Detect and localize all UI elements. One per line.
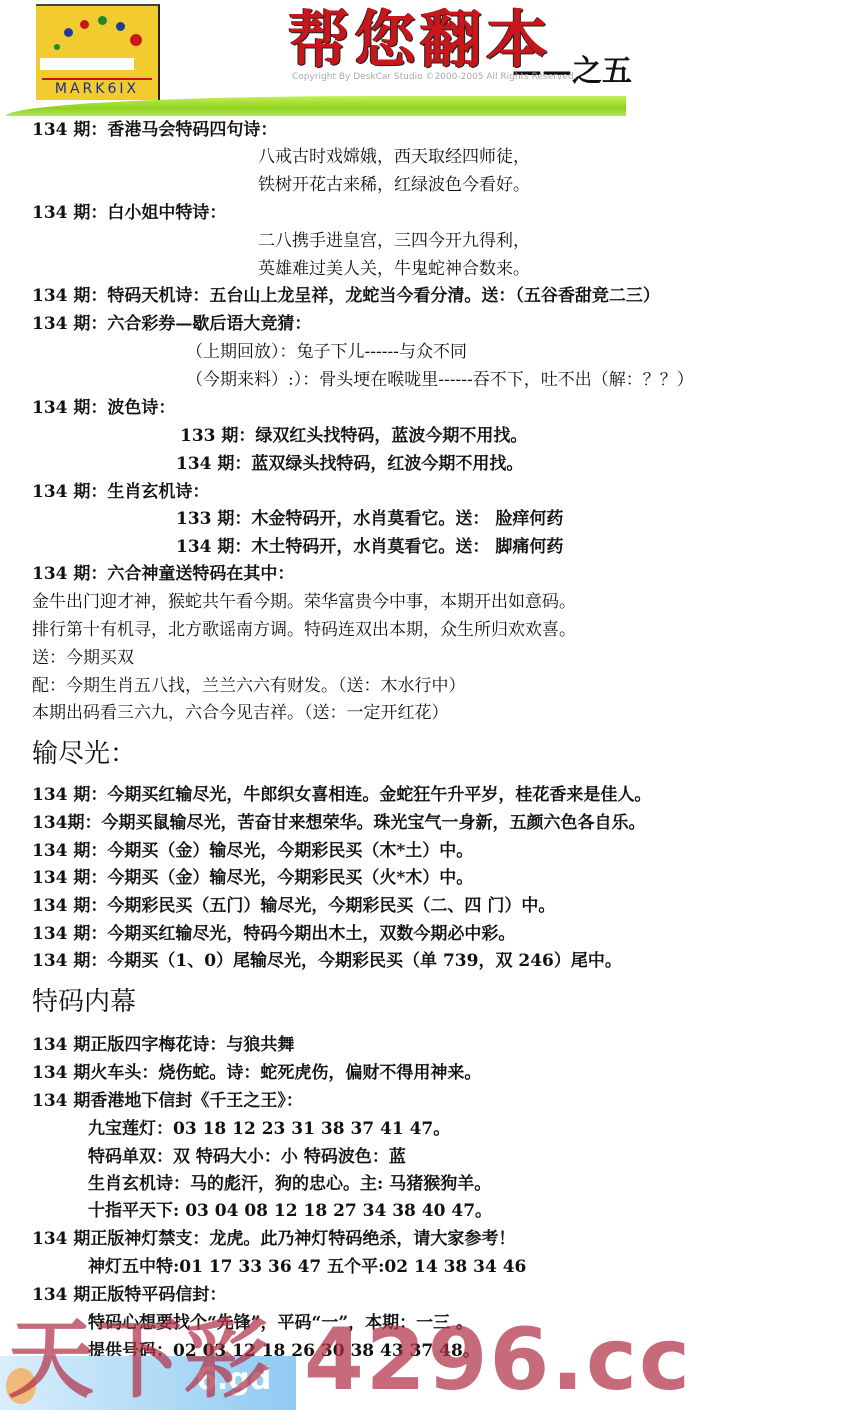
block-heading: 134 期：六合彩券—歇后语大竞猜：	[32, 313, 311, 335]
poem-line: 铁树开花古来稀，红绿波色今看好。	[258, 174, 530, 196]
poem-line: 134 期：蓝双绿头找特码，红波今期不用找。	[176, 453, 523, 475]
poem-line: 配：今期生肖五八找，兰兰六六有财发。（送：木水行中）	[32, 675, 466, 697]
lose-line: 134 期：今期买红输尽光，牛郎织女喜相连。金蛇狂午升平岁，桂花香来是佳人。	[32, 784, 651, 806]
section-title-inside: 特码内幕	[32, 986, 136, 1018]
logo-text: MARK6IX	[42, 78, 152, 97]
logo-dot-icon	[98, 16, 107, 25]
poem-line: 英雄难过美人关，牛鬼蛇神合数来。	[258, 258, 530, 280]
section-title-lose: 输尽光：	[32, 738, 136, 770]
logo-dot-icon	[116, 22, 125, 31]
lose-line: 134 期：今期彩民买（五门）输尽光，今期彩民买（二、四 门）中。	[32, 895, 555, 917]
inside-sub-line: 九宝莲灯：03 18 12 23 31 38 37 41 47。	[88, 1118, 450, 1140]
envelope-heading: 134 期正版特平码信封：	[32, 1284, 226, 1306]
lamp-heading: 134 期正版神灯禁支：龙虎。此乃神灯特码绝杀，请大家参考！	[32, 1228, 515, 1250]
lose-line: 134 期：今期买（金）输尽光，今期彩民买（火*木）中。	[32, 867, 473, 889]
lose-line: 134 期：今期买红输尽光，特码今期出木土，双数今期必中彩。	[32, 923, 515, 945]
page-header: MARK6IX 帮您翻本 ——之五 Copyright By DeskCar S…	[0, 0, 640, 118]
logo-dot-icon	[130, 34, 142, 46]
block-heading: 134 期：白小姐中特诗：	[32, 202, 226, 224]
inside-sub-line: 特码单双：双 特码大小：小 特码波色：蓝	[88, 1146, 406, 1168]
poem-line: 金牛出门迎才神，猴蛇共午看今期。荣华富贵今中事，本期开出如意码。	[32, 591, 576, 613]
block-text: 134 期：特码天机诗：五台山上龙呈祥，龙蛇当今看分清。送：（五谷香甜竞二三）	[32, 285, 660, 307]
logo-dot-icon	[54, 44, 60, 50]
site-watermark: 天下彩 4296.cc	[8, 1312, 692, 1408]
copyright-text: Copyright By DeskCar Studio ©2000-2005 A…	[292, 72, 576, 82]
lose-line: 134期：今期买鼠输尽光，苦奋甘来想荣华。珠光宝气一身新，五颜六色各自乐。	[32, 812, 645, 834]
logo-redaction-bar	[40, 58, 134, 70]
inside-sub-line: 十指平天下: 03 04 08 12 18 27 34 38 40 47。	[88, 1200, 492, 1222]
block-heading: 134 期：波色诗：	[32, 397, 175, 419]
inside-line: 134 期正版四字梅花诗：与狼共舞	[32, 1034, 294, 1056]
poem-line: 二八携手进皇宫，三四今开九得利，	[258, 230, 530, 252]
inside-line: 134 期火车头：烧伤蛇。诗：蛇死虎伤，偏财不得用神来。	[32, 1062, 481, 1084]
poem-line: 本期出码看三六九，六合今见吉祥。（送：一定开红花）	[32, 702, 449, 724]
inside-line: 134 期香港地下信封《千王之王》：	[32, 1090, 303, 1112]
poem-line: 133 期：木金特码开，水肖莫看它。送： 脸痒何药	[176, 508, 563, 530]
logo-dot-icon	[64, 28, 73, 37]
riddle-line: （今期来料）:）：骨头埂在喉咙里------吞不下，吐不出（解：？？）	[186, 369, 694, 391]
mark-six-logo: MARK6IX	[36, 4, 160, 100]
inside-sub-line: 生肖玄机诗：马的彪汗，狗的忠心。主: 马猪猴狗羊。	[88, 1173, 491, 1195]
poem-line: 送：今期买双	[32, 647, 134, 669]
block-heading: 134 期：香港马会特码四句诗：	[32, 119, 277, 141]
lamp-line: 神灯五中特:01 17 33 36 47 五个平:02 14 38 34 46	[88, 1256, 526, 1278]
lose-line: 134 期：今期买（1、0）尾输尽光，今期彩民买（单 739，双 246）尾中。	[32, 950, 622, 972]
poem-line: 134 期：木土特码开，水肖莫看它。送： 脚痛何药	[176, 536, 563, 558]
poem-line: 八戒古时戏嫦娥，西天取经四师徒，	[258, 146, 530, 168]
logo-dot-icon	[80, 20, 89, 29]
block-heading: 134 期：生肖玄机诗：	[32, 481, 209, 503]
riddle-line: （上期回放）：兔子下儿------与众不同	[186, 341, 467, 363]
lose-line: 134 期：今期买（金）输尽光，今期彩民买（木*土）中。	[32, 840, 473, 862]
block-heading: 134 期：六合神童送特码在其中：	[32, 563, 294, 585]
page-subtitle: ——之五	[512, 46, 632, 90]
poem-line: 排行第十有机寻，北方歌谣南方调。特码连双出本期，众生所归欢欢喜。	[32, 619, 576, 641]
poem-line: 133 期：绿双红头找特码，蓝波今期不用找。	[180, 425, 527, 447]
